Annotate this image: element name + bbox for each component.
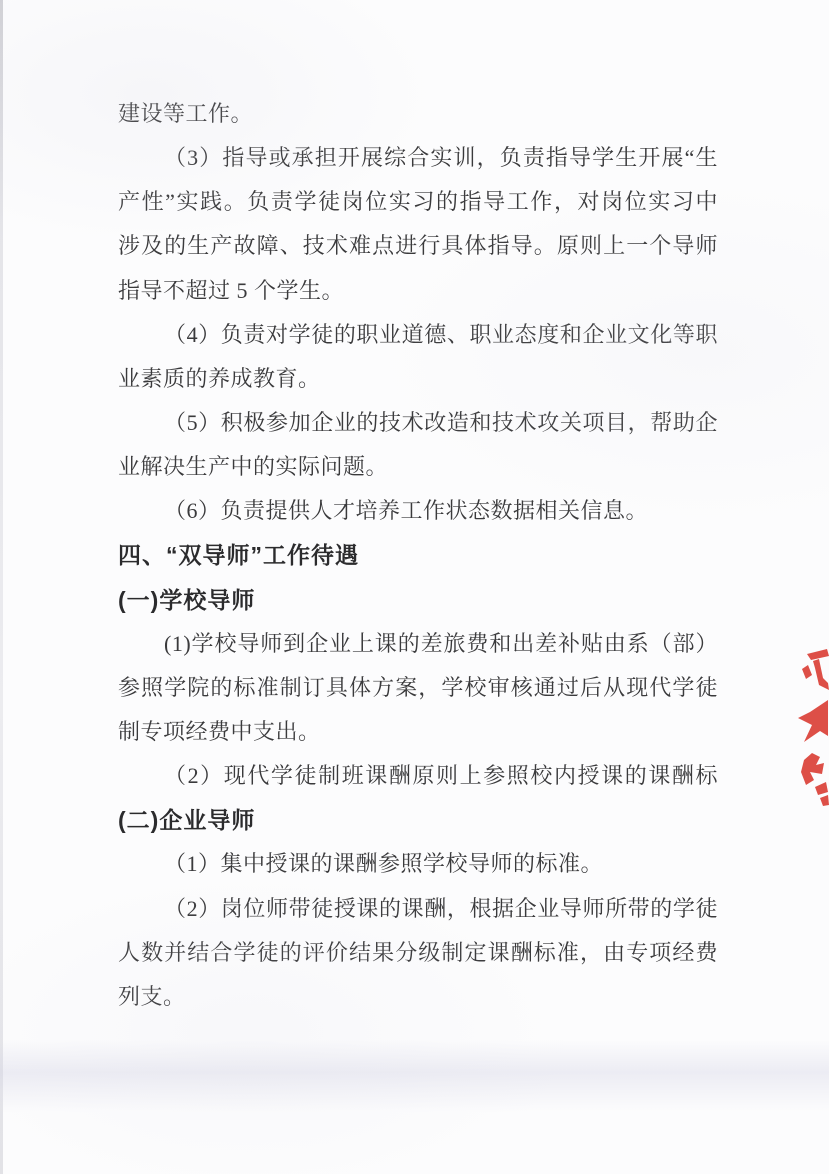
text-line: （4）负责对学徒的职业道德、职业态度和企业文化等职 — [164, 313, 718, 357]
scan-edge-artifact — [0, 0, 3, 1174]
scanned-document-page: 建设等工作。 （3）指导或承担开展综合实训，负责指导学生开展“生 产性”实践。负… — [0, 0, 829, 1174]
text-line: （5）积极参加企业的技术改造和技术攻关项目，帮助企 — [164, 401, 718, 445]
text-line: （1）集中授课的课酬参照学校导师的标准。 — [164, 842, 718, 886]
text-line: 参照学院的标准制订具体方案，学校审核通过后从现代学徒 — [118, 666, 718, 710]
section-heading: (二)企业导师 — [118, 798, 718, 842]
text-line: （2）现代学徒制班课酬原则上参照校内授课的课酬标准。 — [164, 754, 718, 798]
text-line: 列支。 — [118, 975, 718, 1019]
text-line: 产性”实践。负责学徒岗位实习的指导工作，对岗位实习中 — [118, 180, 718, 224]
text-line: 涉及的生产故障、技术难点进行具体指导。原则上一个导师 — [118, 224, 718, 268]
text-line: (1)学校导师到企业上课的差旅费和出差补贴由系（部） — [164, 622, 718, 666]
text-line: 人数并结合学徒的评价结果分级制定课酬标准，由专项经费 — [118, 931, 718, 975]
text-line: （2）岗位师带徒授课的课酬，根据企业导师所带的学徒 — [164, 887, 718, 931]
text-line: （6）负责提供人才培养工作状态数据相关信息。 — [164, 489, 718, 533]
text-line: 指导不超过 5 个学生。 — [118, 269, 718, 313]
section-heading: (一)学校导师 — [118, 578, 718, 622]
seal-icon — [797, 648, 829, 814]
section-heading: 四、“双导师”工作待遇 — [118, 533, 718, 577]
text-line: 建设等工作。 — [118, 92, 718, 136]
text-line: （3）指导或承担开展综合实训，负责指导学生开展“生 — [164, 136, 718, 180]
scan-shadow-band — [0, 1040, 829, 1112]
red-seal-stamp-fragment — [797, 648, 829, 814]
text-line: 业解决生产中的实际问题。 — [118, 445, 718, 489]
text-line: 制专项经费中支出。 — [118, 710, 718, 754]
text-line: 业素质的养成教育。 — [118, 357, 718, 401]
document-body: 建设等工作。 （3）指导或承担开展综合实训，负责指导学生开展“生 产性”实践。负… — [118, 92, 718, 1019]
